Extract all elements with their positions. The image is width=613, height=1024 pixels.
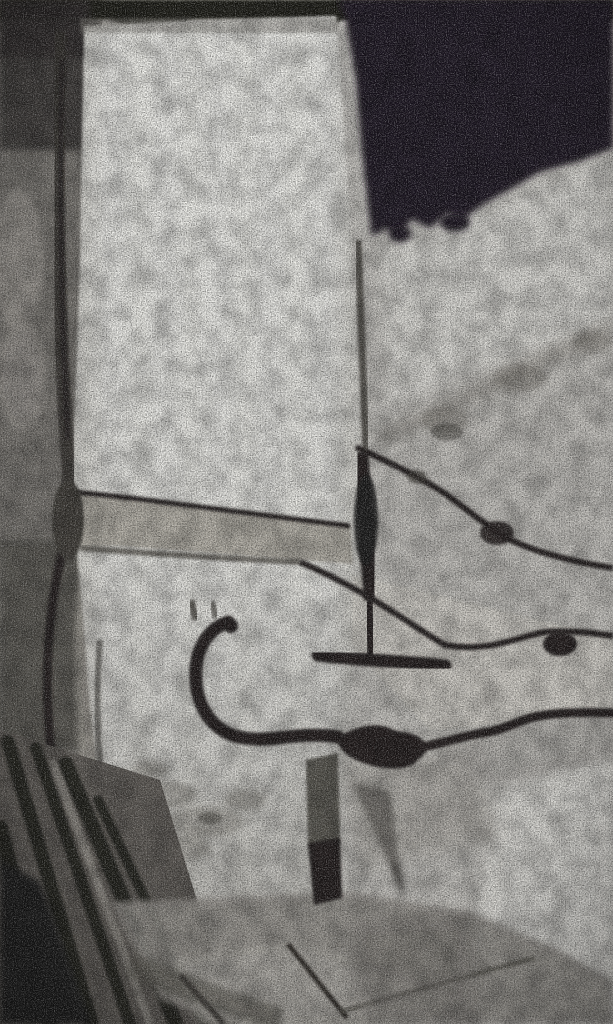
photograph (0, 0, 613, 1024)
photo-canvas (0, 0, 613, 1024)
vignette (0, 0, 613, 1024)
